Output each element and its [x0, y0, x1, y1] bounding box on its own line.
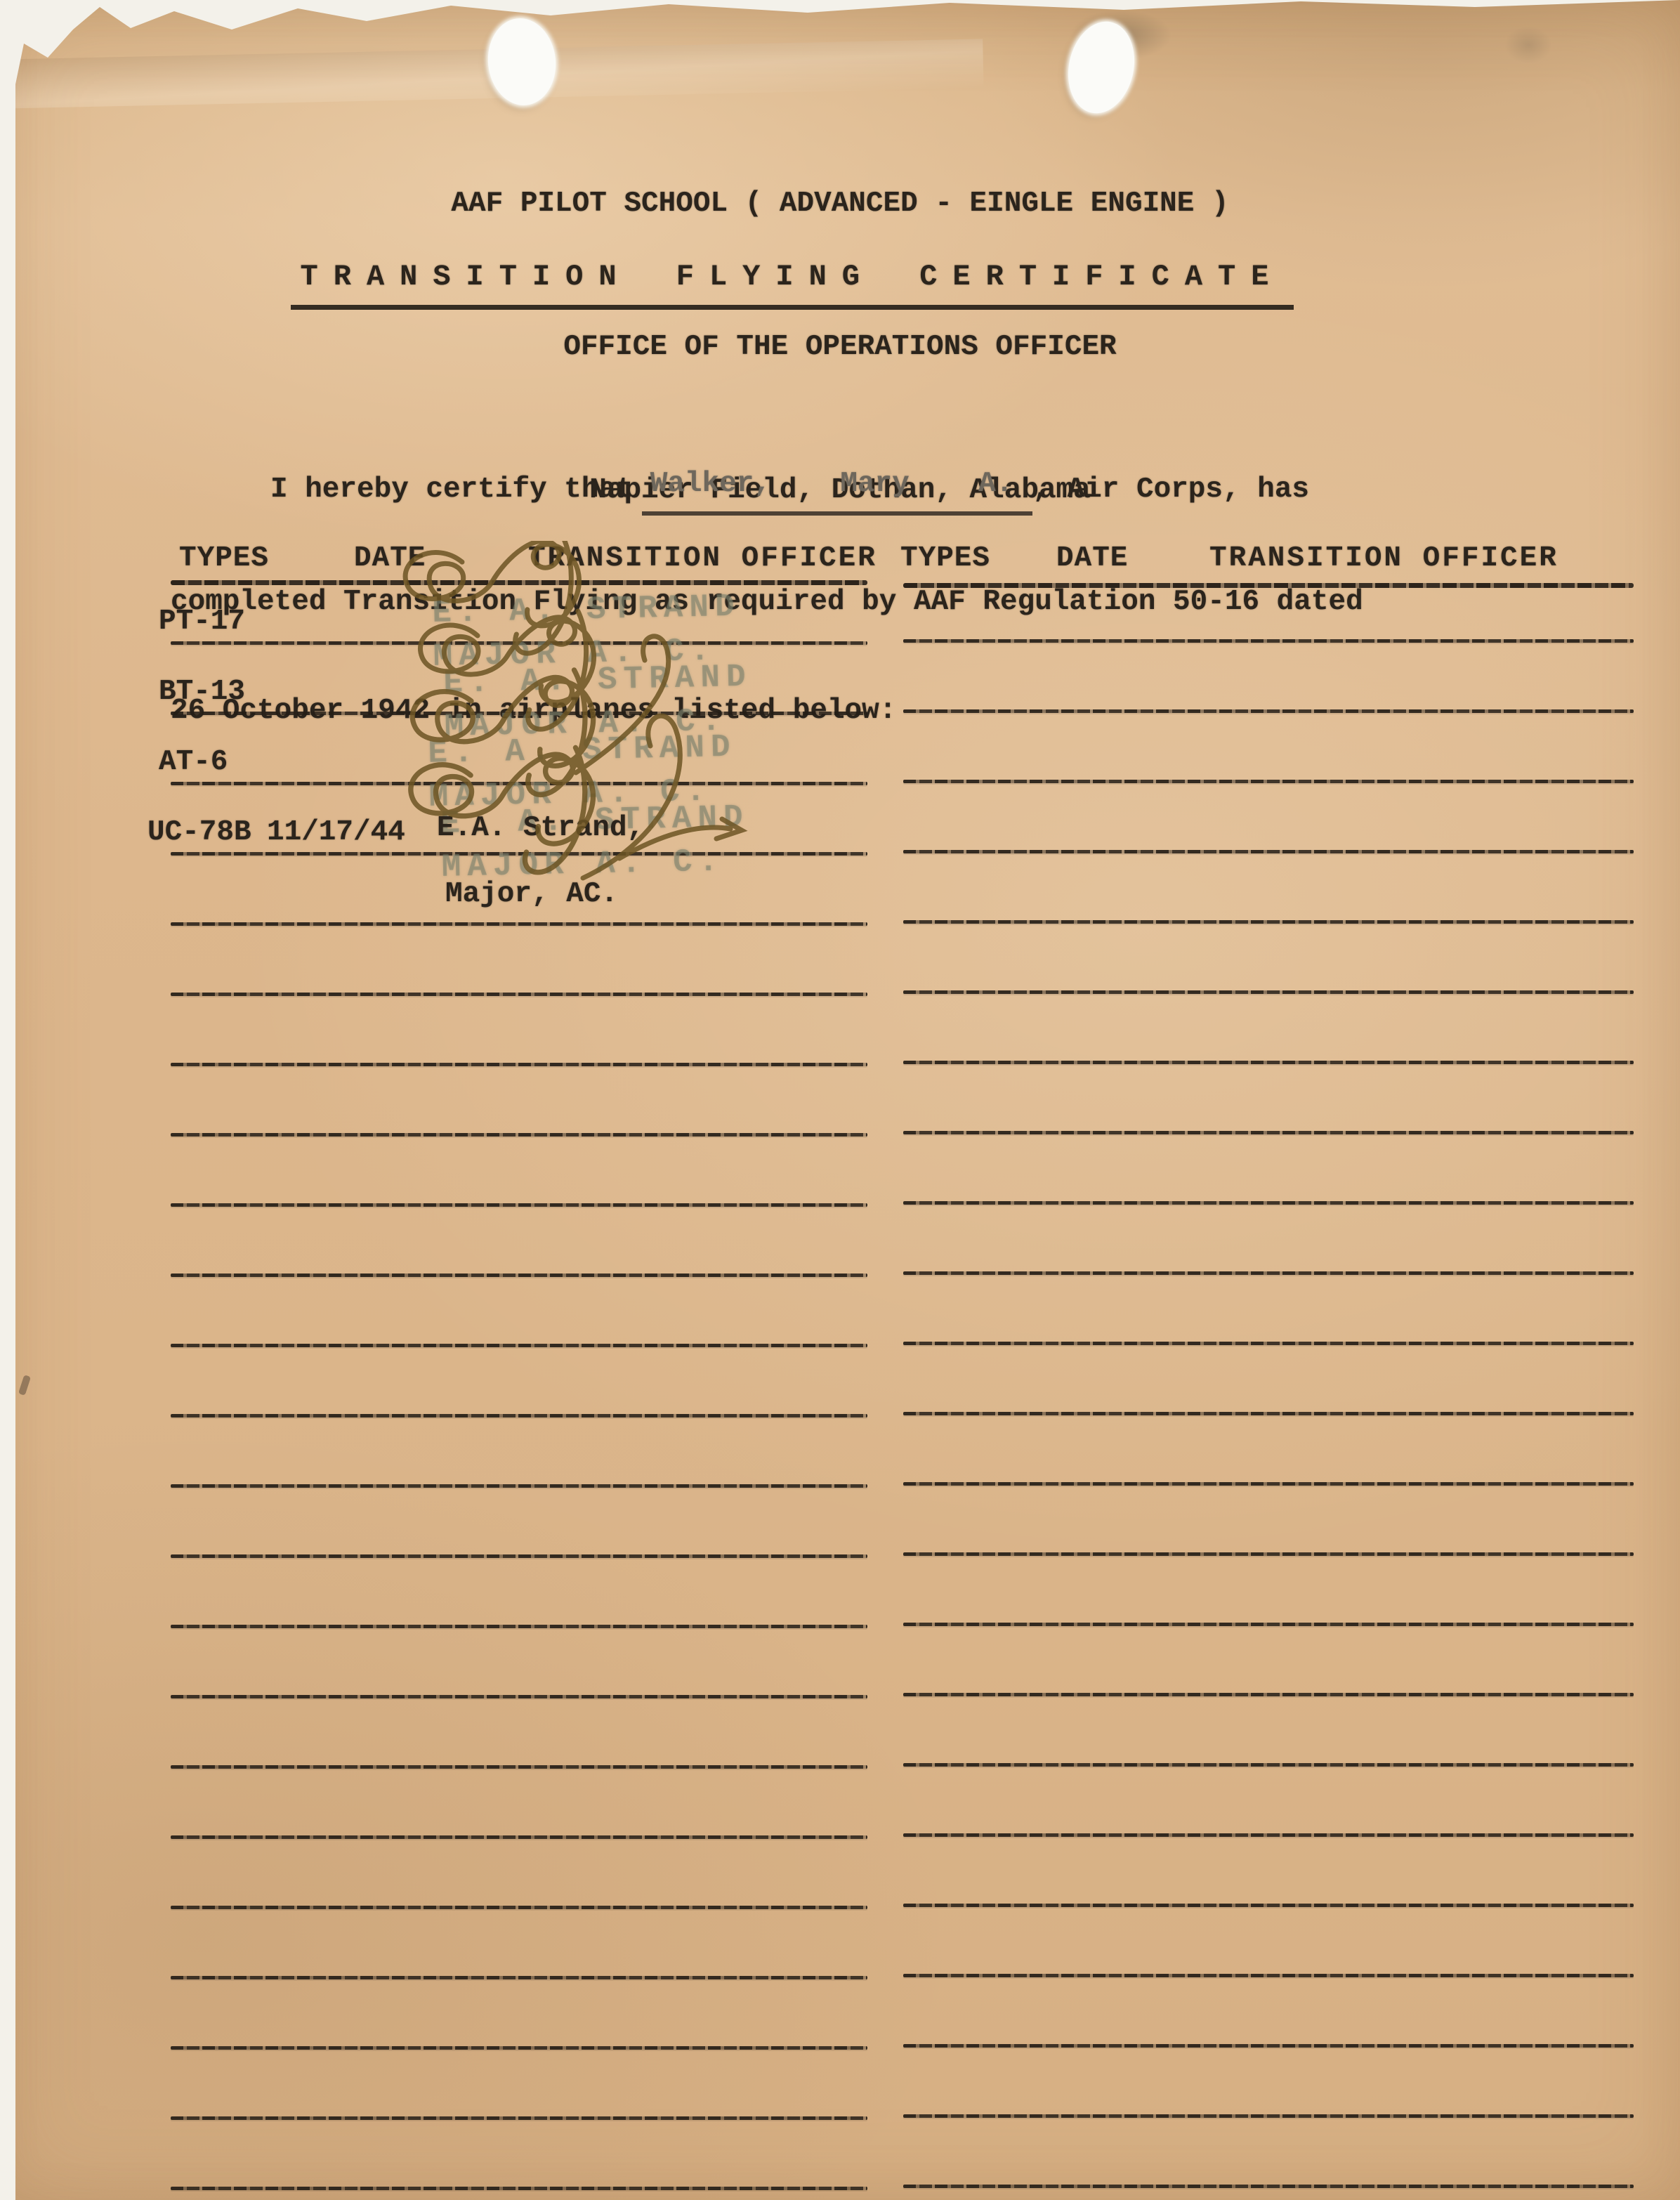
ruled-line-right	[903, 1623, 1634, 1626]
ruled-line-left	[171, 1835, 867, 1839]
smudge-top-right-corner	[1495, 18, 1562, 72]
ruled-line-right	[903, 1131, 1634, 1134]
ruled-line-right	[903, 1763, 1634, 1767]
ruled-line-right	[903, 1552, 1634, 1556]
ruled-line-right	[903, 1974, 1634, 1977]
aircraft-type-label: PT-17	[159, 605, 245, 638]
ruled-line-left	[171, 1484, 867, 1488]
ruled-line-right	[903, 990, 1634, 994]
pilot-name-field: Walker, Mary A.	[642, 468, 1033, 516]
ruled-line-left	[171, 1765, 867, 1769]
ruled-line-right	[903, 1904, 1634, 1907]
page-title: TRANSITION FLYING CERTIFICATE	[291, 258, 1294, 310]
right-col-header-date: DATE	[1056, 542, 1128, 575]
ruled-line-left	[171, 1695, 867, 1698]
signature-overlay	[365, 541, 899, 990]
ruled-line-right	[903, 920, 1634, 924]
ruled-line-left	[171, 1906, 867, 1909]
ruled-line-left	[171, 1625, 867, 1628]
ruled-line-left	[171, 993, 867, 996]
title-row: TRANSITION FLYING CERTIFICATE	[0, 258, 1680, 310]
ruled-line-left	[171, 2187, 867, 2190]
ruled-line-right	[903, 2044, 1634, 2048]
aircraft-type-label: AT-6	[159, 746, 228, 778]
scan-background: AAF PILOT SCHOOL ( ADVANCED - EINGLE ENG…	[0, 0, 1680, 2200]
aircraft-type-label: UC-78B	[147, 816, 251, 849]
ruled-line-left	[171, 1063, 867, 1066]
ruled-line-left	[171, 2046, 867, 2050]
ruled-line-right	[903, 1693, 1634, 1696]
certification-line-1: I hereby certify thatWalker, Mary A., Ai…	[171, 468, 1575, 516]
ruled-line-left	[171, 1554, 867, 1558]
right-header-underline	[903, 583, 1634, 588]
certification-after-name: , Air Corps, has	[1032, 473, 1309, 506]
ruled-line-left	[171, 1976, 867, 1979]
signature-initials-row4	[409, 747, 597, 879]
right-col-header-types: TYPES	[900, 542, 990, 575]
ruled-line-right	[903, 1201, 1634, 1205]
ruled-line-right	[903, 2185, 1634, 2188]
right-col-header-officer: TRANSITION OFFICER	[1209, 542, 1558, 575]
ruled-line-right	[903, 709, 1634, 713]
ruled-line-left	[171, 1203, 867, 1207]
aircraft-type-label: BT-13	[159, 676, 245, 708]
ruled-line-right	[903, 2114, 1634, 2118]
ruled-line-left	[171, 1133, 867, 1137]
certification-lead: I hereby certify that	[270, 473, 634, 506]
ruled-line-right	[903, 850, 1634, 853]
ruled-line-right	[903, 1833, 1634, 1837]
document-page: AAF PILOT SCHOOL ( ADVANCED - EINGLE ENG…	[0, 0, 1680, 2200]
ruled-line-right	[903, 780, 1634, 783]
ruled-line-left	[171, 1344, 867, 1347]
left-col-header-types: TYPES	[179, 542, 269, 575]
ruled-line-right	[903, 1412, 1634, 1415]
letterhead-school-line: AAF PILOT SCHOOL ( ADVANCED - EINGLE ENG…	[0, 180, 1680, 228]
smudge-left-edge	[18, 1375, 31, 1396]
ruled-line-right	[903, 1061, 1634, 1064]
ruled-line-right	[903, 1342, 1634, 1345]
ruled-line-left	[171, 1273, 867, 1277]
ruled-line-right	[903, 639, 1634, 643]
ruled-line-left	[171, 1414, 867, 1417]
letterhead-office-line: OFFICE OF THE OPERATIONS OFFICER	[0, 323, 1680, 371]
signature-flourish-lower	[583, 716, 742, 878]
ruled-line-right	[903, 1482, 1634, 1486]
ruled-line-left	[171, 2116, 867, 2120]
ruled-line-right	[903, 1271, 1634, 1275]
